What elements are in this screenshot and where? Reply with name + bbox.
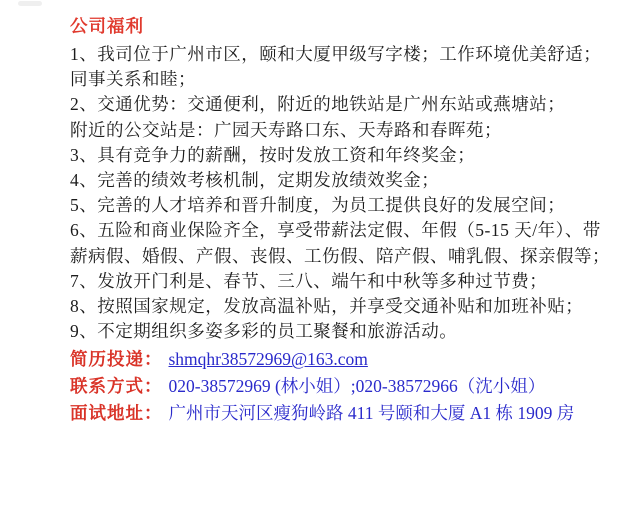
resume-label: 简历投递： (70, 349, 163, 369)
section-title: 公司福利 (70, 14, 610, 39)
benefit-line: 8、按照国家规定，发放高温补贴，并享受交通补贴和加班补贴； (70, 294, 610, 319)
resume-line: 简历投递：shmqhr38572969@163.com (70, 346, 610, 373)
address-label: 面试地址： (70, 403, 163, 423)
phone-value: 020-38572969 (林小姐）;020-38572966（沈小姐） (169, 376, 546, 396)
benefit-line: 4、完善的绩效考核机制，定期发放绩效奖金； (70, 168, 610, 193)
address-line: 面试地址：广州市天河区瘦狗岭路 411 号颐和大厦 A1 栋 1909 房 (70, 400, 610, 427)
phone-line: 联系方式：020-38572969 (林小姐）;020-38572966（沈小姐… (70, 373, 610, 400)
benefit-line: 6、五险和商业保险齐全，享受带薪法定假、年假（5-15 天/年）、带 (70, 218, 610, 243)
benefit-line: 3、具有竞争力的薪酬，按时发放工资和年终奖金； (70, 143, 610, 168)
benefit-line: 7、发放开门利是、春节、三八、端午和中秋等多种过节费； (70, 269, 610, 294)
contact-block: 简历投递：shmqhr38572969@163.com 联系方式：020-385… (70, 346, 610, 427)
benefits-list: 1、我司位于广州市区，颐和大厦甲级写字楼；工作环境优美舒适； 同事关系和睦； 2… (70, 42, 610, 344)
phone-label: 联系方式： (70, 376, 163, 396)
document-page: { "doc": { "title": "公司福利", "lines": [ "… (0, 0, 634, 523)
benefits-section: 公司福利 1、我司位于广州市区，颐和大厦甲级写字楼；工作环境优美舒适； 同事关系… (70, 14, 610, 427)
benefit-line: 9、不定期组织多姿多彩的员工聚餐和旅游活动。 (70, 319, 610, 344)
benefit-line: 附近的公交站是：广园天寿路口东、天寿路和春晖苑； (70, 118, 610, 143)
benefit-line: 同事关系和睦； (70, 67, 610, 92)
address-value: 广州市天河区瘦狗岭路 411 号颐和大厦 A1 栋 1909 房 (169, 403, 575, 423)
benefit-line: 2、交通优势：交通便利，附近的地铁站是广州东站或燕塘站； (70, 92, 610, 117)
page-artifact-smudge (18, 1, 42, 6)
benefit-line: 1、我司位于广州市区，颐和大厦甲级写字楼；工作环境优美舒适； (70, 42, 610, 67)
benefit-line: 5、完善的人才培养和晋升制度，为员工提供良好的发展空间； (70, 193, 610, 218)
resume-email-link[interactable]: shmqhr38572969@163.com (169, 349, 368, 369)
benefit-line: 薪病假、婚假、产假、丧假、工伤假、陪产假、哺乳假、探亲假等； (70, 244, 610, 269)
